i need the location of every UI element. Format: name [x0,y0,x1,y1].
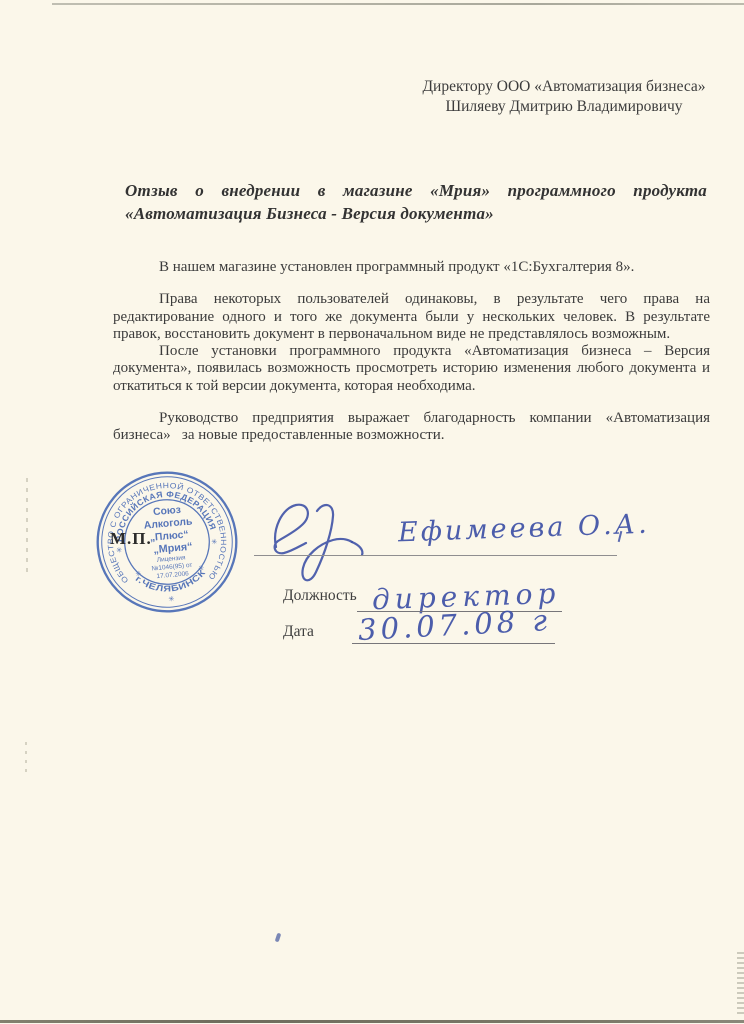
seal-star-icon: ✳ [198,563,205,572]
scan-artifact-right-smudge [737,952,744,1016]
seal-star-icon: ✳ [211,537,218,546]
scan-artifact-left-dots [25,742,27,774]
paragraph: После установки программного продукта «А… [113,343,710,395]
svg-text:„Мрия“: „Мрия“ [153,541,193,556]
svg-text:17.07.2006: 17.07.2006 [156,570,189,580]
date-line [352,643,555,644]
seal-star-icon: ✳ [168,594,175,603]
paragraph: В нашем магазине установлен программный … [113,259,710,276]
scan-artifact-left-dots [26,478,28,574]
addressee-line-1: Директору ООО «Автоматизация бизнеса» [418,77,710,97]
paragraph: Права некоторых пользователей одинаковы,… [113,291,710,343]
seal-place-mark: М.П. [110,529,152,549]
signature-name: Ефимеева О.А. [398,509,651,549]
position-label: Должность [283,587,357,605]
svg-text:Союз: Союз [153,505,182,518]
stray-ink-mark [275,933,282,943]
addressee-line-2: Шиляеву Дмитрию Владимировичу [418,97,710,117]
signature-flourish [262,495,412,595]
scan-artifact-bottom-line [0,1020,744,1023]
document-title-line-1: Отзыв о внедрении в магазине «Мрия» прог… [125,179,707,202]
paragraph: Руководство предприятия выражает благода… [113,410,710,445]
scan-artifact-top-line [52,3,744,5]
document-body: В нашем магазине установлен программный … [113,259,710,445]
document-title: Отзыв о внедрении в магазине «Мрия» прог… [125,179,707,225]
scanned-letter-page: Директору ООО «Автоматизация бизнеса» Ши… [0,0,744,1024]
signature-line [254,555,617,556]
date-label: Дата [283,623,314,641]
addressee-block: Директору ООО «Автоматизация бизнеса» Ши… [418,77,710,117]
document-title-line-2: «Автоматизация Бизнеса - Версия документ… [125,202,707,225]
seal-star-icon: ✳ [135,569,142,578]
